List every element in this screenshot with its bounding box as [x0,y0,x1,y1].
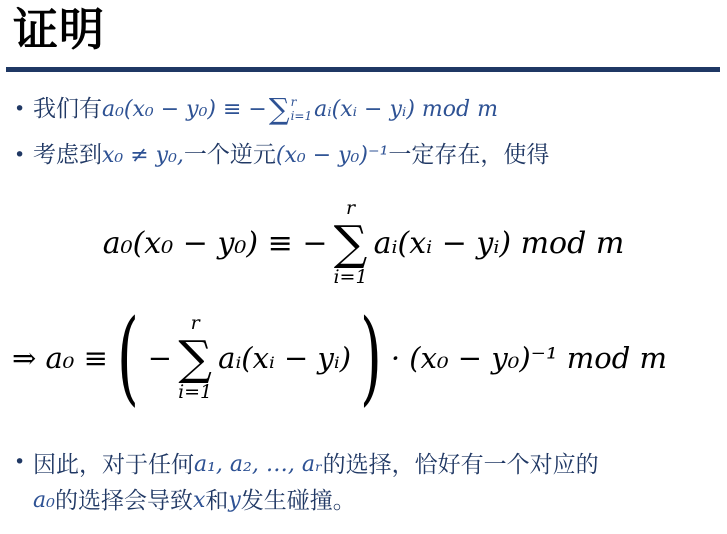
display-formula-1: a₀(x₀ − y₀) ≡ − r ∑ i=1 aᵢ(xᵢ − yᵢ) mod … [0,198,727,289]
sigma-symbol: ∑ [269,95,290,124]
slide-title: 证明 [13,0,105,60]
bullet-dot: • [14,447,33,478]
bullet3-line2-text-1: 的选择会导致 [55,483,193,519]
bullet2-math-2: (x₀ − y₀)⁻¹ [276,140,389,171]
formula2-rhs: · (x₀ − y₀)⁻¹ mod m [391,341,667,375]
bullet3-line2-text-2: 和 [205,483,228,519]
sum-lower-limit: i=1 [333,267,367,289]
bullet2-text-1: 考虑到 [33,140,102,171]
bullet3-line2-text-3: 发生碰撞。 [241,483,356,519]
bullet2-math-1: x₀ ≠ y₀, [102,140,184,171]
bullet-item-1: • 我们有 a₀(x₀ − y₀) ≡ − ∑ r i=1 aᵢ(xᵢ − yᵢ… [14,94,719,125]
open-paren: ( [117,315,139,402]
bullet3-line1-text-1: 因此，对于任何 [33,447,194,483]
bullet2-text-2: 一个逆元 [184,140,276,171]
bullet-dot: • [14,140,33,171]
bullet-item-2: • 考虑到 x₀ ≠ y₀, 一个逆元 (x₀ − y₀)⁻¹ 一定存在，使得 [14,140,719,171]
inline-sum: ∑ r i=1 [269,95,312,124]
bullet1-math-post: aᵢ(xᵢ − yᵢ) mod m [314,94,498,125]
slide: 证明 • 我们有 a₀(x₀ − y₀) ≡ − ∑ r i=1 aᵢ(xᵢ −… [0,0,727,534]
big-sum: r ∑ i=1 [333,198,367,289]
display-formula-2: ⇒ a₀ ≡ ( − r ∑ i=1 aᵢ(xᵢ − yᵢ) ) · (x₀ −… [12,313,667,404]
sum-upper-limit: r [291,96,297,110]
bullet2-text-3: 一定存在，使得 [388,140,549,171]
close-paren: ) [360,315,382,402]
formula1-lhs: a₀(x₀ − y₀) ≡ − [103,226,328,261]
formula2-lhs: ⇒ a₀ ≡ [12,341,108,375]
bullet-item-3: • 因此，对于任何 a₁, a₂, …, aᵣ 的选择，恰好有一个对应的 a₀ … [14,447,719,519]
bullet3-line1-text-2: 的选择，恰好有一个对应的 [323,447,599,483]
sum-lower-limit: i=1 [291,110,313,124]
sigma-symbol: ∑ [178,335,212,382]
formula1-rhs: aᵢ(xᵢ − yᵢ) mod m [374,226,625,261]
bullet3-line1-math-1: a₁, a₂, …, aᵣ [194,447,323,483]
bullet3-line2-math-1: a₀ [33,483,55,519]
sum-lower-limit: i=1 [178,382,212,404]
bullet-dot: • [14,94,33,125]
bullet1-math-pre: a₀(x₀ − y₀) ≡ − [102,94,267,125]
formula2-minus: − [148,341,172,375]
title-divider-rule [6,67,720,72]
bullet3-line2-math-2: x [193,483,205,519]
formula2-inner: aᵢ(xᵢ − yᵢ) [218,341,351,375]
bullet3-line2-math-3: y [228,483,240,519]
bullet1-text: 我们有 [33,94,102,125]
big-sum: r ∑ i=1 [178,313,212,404]
sigma-symbol: ∑ [334,220,368,267]
